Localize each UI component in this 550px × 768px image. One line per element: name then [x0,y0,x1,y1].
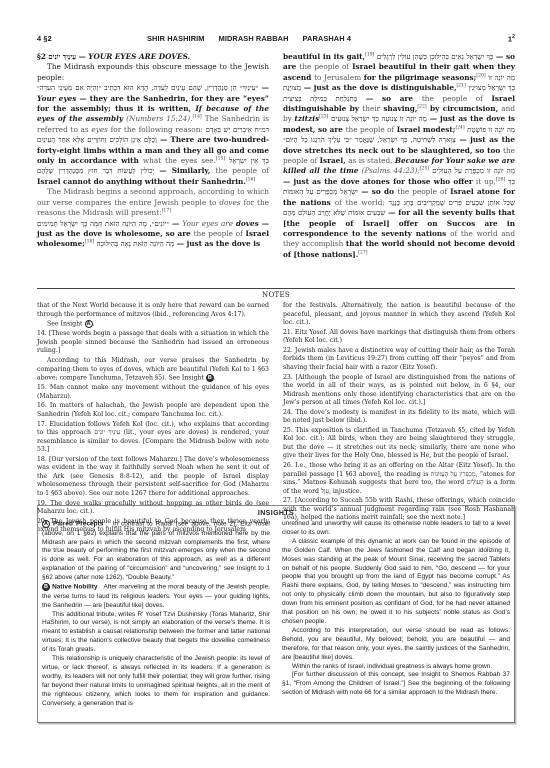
footnote-ref-17[interactable]: [17] [162,209,171,214]
notes-column-left: that of the Next World because it is onl… [37,302,269,536]
note-15: 15. Man cannot make any movement without… [37,384,269,401]
note-24: 24. The dove’s modesty is manifest in it… [283,409,515,426]
insight-b-p7: [For further discussion of this concept,… [282,671,510,698]
footnote-ref-18[interactable]: [18] [85,240,94,245]
insight-b-p5: According to this interpretation, our ve… [282,627,510,663]
verse-ref: 12 [508,34,515,43]
book-title: SHIR HASHIRIM [147,34,205,43]
section-lemma: §2 עֵינַיִךְ יוֹנִים — YOUR EYES ARE DOV… [37,52,269,62]
english-bold: — so do [358,187,397,196]
main-column-left: §2 עֵינַיִךְ יוֹנִים — YOUR EYES ARE DOV… [37,52,269,250]
footnote-ref-21[interactable]: [21] [457,84,466,89]
insight-a: A Paired Precepts In contrast to Radal (… [42,520,270,583]
english-text: the people of [299,62,352,71]
paragraph-sanhedrin-eyes: ״עֵינַיִךְ״ הֵן סַנְהֶדְרִין, שֶׁהֵם עֵי… [37,83,269,187]
note-text: According to this Midrash, our verse pra… [37,357,269,382]
english-italic: doves [219,198,240,207]
english-bold: — just as the dove is [174,239,260,248]
english-bold: Israel modest; [397,125,456,134]
english-bold: for the pilgrimage seasons; [364,73,477,82]
english-bold-italic: doves [236,219,259,228]
notes-column-right: for the festivals. Alternatively, the na… [283,302,515,524]
note-text: See Insight [47,321,83,328]
insight-b-marker-icon[interactable]: B [206,374,214,382]
insights-column-left: A Paired Precepts In contrast to Radal (… [42,520,270,708]
note-14-cont: According to this Midrash, our verse pra… [37,357,269,383]
english-italic: Your eyes are [182,219,236,228]
footnote-ref-19[interactable]: [19] [365,53,374,58]
note-21: 21. Eitz Yosef. All doves have markings … [283,329,515,346]
insight-b-p2: This additional tribute, writes R’ Yosef… [42,611,270,656]
footnote-ref-24[interactable]: [24] [455,125,464,130]
insight-b-p6: Within the ranks of Israel, individual g… [282,663,510,672]
insights-box: INSIGHTS A Paired Precepts In contrast t… [37,505,515,723]
hebrew-text: ״עֵינַיִךְ״ הֵן סַנְהֶדְרִין, שֶׁהֵם עֵי… [37,84,258,92]
running-head: 4 §2 SHIR HASHIRIM MIDRASH RABBAH PARASH… [37,34,515,46]
page-section-ref: 4 §2 [37,34,52,43]
insight-a-icon: A [42,520,50,528]
scripture-ref: (Psalms 44:23); [358,166,419,175]
main-column-right: beautiful in its gait,[19] כָּךְ יִשְׂרָ… [283,52,515,260]
english-text: for the following reason: [108,125,206,134]
english-italic: eyes [91,125,108,134]
hebrew-text: כָּךְ יִשְׂרָאֵל נָאִים בְּהִילּוּכָן כְ… [377,53,493,61]
english-bold: by [427,104,443,113]
english-bold: — just as the dove is distinguishable, [301,83,457,92]
note-20-cont: for the festivals. Alternatively, the na… [283,302,515,328]
insights-column-right: unrefined and unworthy will cause its ot… [282,520,510,698]
note-16: 16. In matters of halachah, the Jewish p… [37,402,269,419]
english-text: their [362,104,383,113]
hebrew-text: ״יוֹנִים״, מָה הַיּוֹנָה הַזֹּאת תַּמָּה… [37,220,169,228]
notes-divider [37,288,515,289]
insights-title: INSIGHTS [38,510,514,517]
parashah-title: PARASHAH 4 [303,34,352,43]
note-23: 23. [Although the people of Israel are d… [283,374,515,408]
hebrew-text: מָה יוֹנָה זוֹ מְכַפֶּרֶת עַל הָעוֹלִים [432,167,515,175]
english-bold: — just as the dove atones for those who … [283,177,476,186]
paragraph-second-approach: The Midrash begins a second approach, ac… [37,187,269,218]
english-text: it up, [476,177,496,186]
scripture-ref: (Numbers 15:24). [123,114,192,123]
note-22: 22. Jewish males have a distinctive way … [283,347,515,373]
insight-b-p4: A classic example of this dynamic at wor… [282,538,510,627]
english-bold: — Similarly, [154,166,215,175]
dash: — [169,219,182,228]
english-text: the people of [194,229,246,238]
english-bold-italic: Your eyes [37,94,76,103]
english-bold: Israel, [320,156,349,165]
insight-a-marker-icon[interactable]: A [85,320,93,328]
english-bold: shaving, [383,104,417,113]
english-text: the people of [397,187,450,196]
insight-b-p3-cont: unrefined and unworthy will cause its ot… [282,520,510,538]
note-14: 14. [These words begin a passage that de… [37,330,269,356]
english-bold: Israel cannot do anything without their … [37,177,246,186]
work-title: MIDRASH RABBAH [219,34,289,43]
insight-b-p3: This relationship is uniquely characteri… [42,655,270,708]
lemma-hebrew: עֵינַיִךְ יוֹנִים [48,52,76,61]
dash: — [258,83,269,92]
english-text: what the eyes see. [143,156,216,165]
note-insight-ref-a: See Insight A. [37,320,269,329]
footnote-ref-16[interactable]: [16] [246,177,255,182]
hebrew-text: מָה יוֹנָה זוֹ צְנוּעָה כָּךְ יִשְׂרָאֵל… [331,115,427,123]
note-26: 26. I.e., those who bring it as an offer… [283,462,515,496]
insight-a-heading: Paired Precepts [53,521,103,528]
insight-b: B Native Nobility After marveling at the… [42,583,270,610]
english-bold: — so are [357,94,422,103]
intro-paragraph: The Midrash expounds this obscure messag… [37,62,269,83]
note-continued: that of the Next World because it is onl… [37,302,269,319]
english-bold: circumcision, [443,104,498,113]
insight-a-body: In contrast to Radal (see above, note 2)… [42,521,270,581]
footnote-ref-20[interactable]: [20] [476,73,485,78]
paragraph-doves: ״יוֹנִים״, מָה הַיּוֹנָה הַזֹּאת תַּמָּה… [37,219,269,250]
note-17: 17. Elucidation follows Yefeh Kol (loc. … [37,421,269,455]
paragraph-continued: beautiful in its gait,[19] כָּךְ יִשְׂרָ… [283,52,515,260]
notes-title: NOTES [37,291,515,299]
insight-b-icon: B [42,583,50,591]
footnote-ref-25[interactable]: [25] [420,167,429,172]
verse-number: 2 [512,34,515,40]
lemma-english: — YOUR EYES ARE DOVES. [78,52,190,61]
section-marker: §2 [37,52,46,61]
english-text: the people of [346,125,397,134]
book-title-bar: SHIR HASHIRIM MIDRASH RABBAH PARASHAH 4 [147,34,351,43]
footnote-ref-22[interactable]: [22] [417,105,426,110]
english-bold: — they are [76,94,126,103]
hebrew-text: מָה הַיּוֹנָה הַזֹּאת נָאָה בְּהִילּוּכָ… [96,240,174,248]
english-text: the people of [422,94,492,103]
footnote-ref-26[interactable]: [26] [496,177,505,182]
footnote-ref-15[interactable]: [15] [216,157,225,162]
english-text: of the world; [335,198,385,207]
insight-b-heading: Native Nobility [52,584,97,591]
main-text: §2 עֵינַיִךְ יוֹנִים — YOUR EYES ARE DOV… [37,52,515,284]
book-page: 4 §2 SHIR HASHIRIM MIDRASH RABBAH PARASH… [37,0,515,768]
notes-section: that of the Next World because it is onl… [37,302,515,497]
footnote-ref-23[interactable]: [23] [319,115,328,120]
note-18: 18. [Our version of the text follows Mah… [37,456,269,499]
english-text: to Jerusalem [314,73,364,82]
english-text: the people of [216,166,269,175]
footnote-ref-14[interactable]: [14] [192,115,201,120]
english-bold-italic: tzitzis [295,114,320,123]
english-bold: beautiful in its gait, [283,52,365,61]
note-25: 25. This exposition is clarified in Tanc… [283,427,515,461]
footnote-ref-27[interactable]: [27] [358,250,367,255]
english-text: as is stated, [348,156,395,165]
